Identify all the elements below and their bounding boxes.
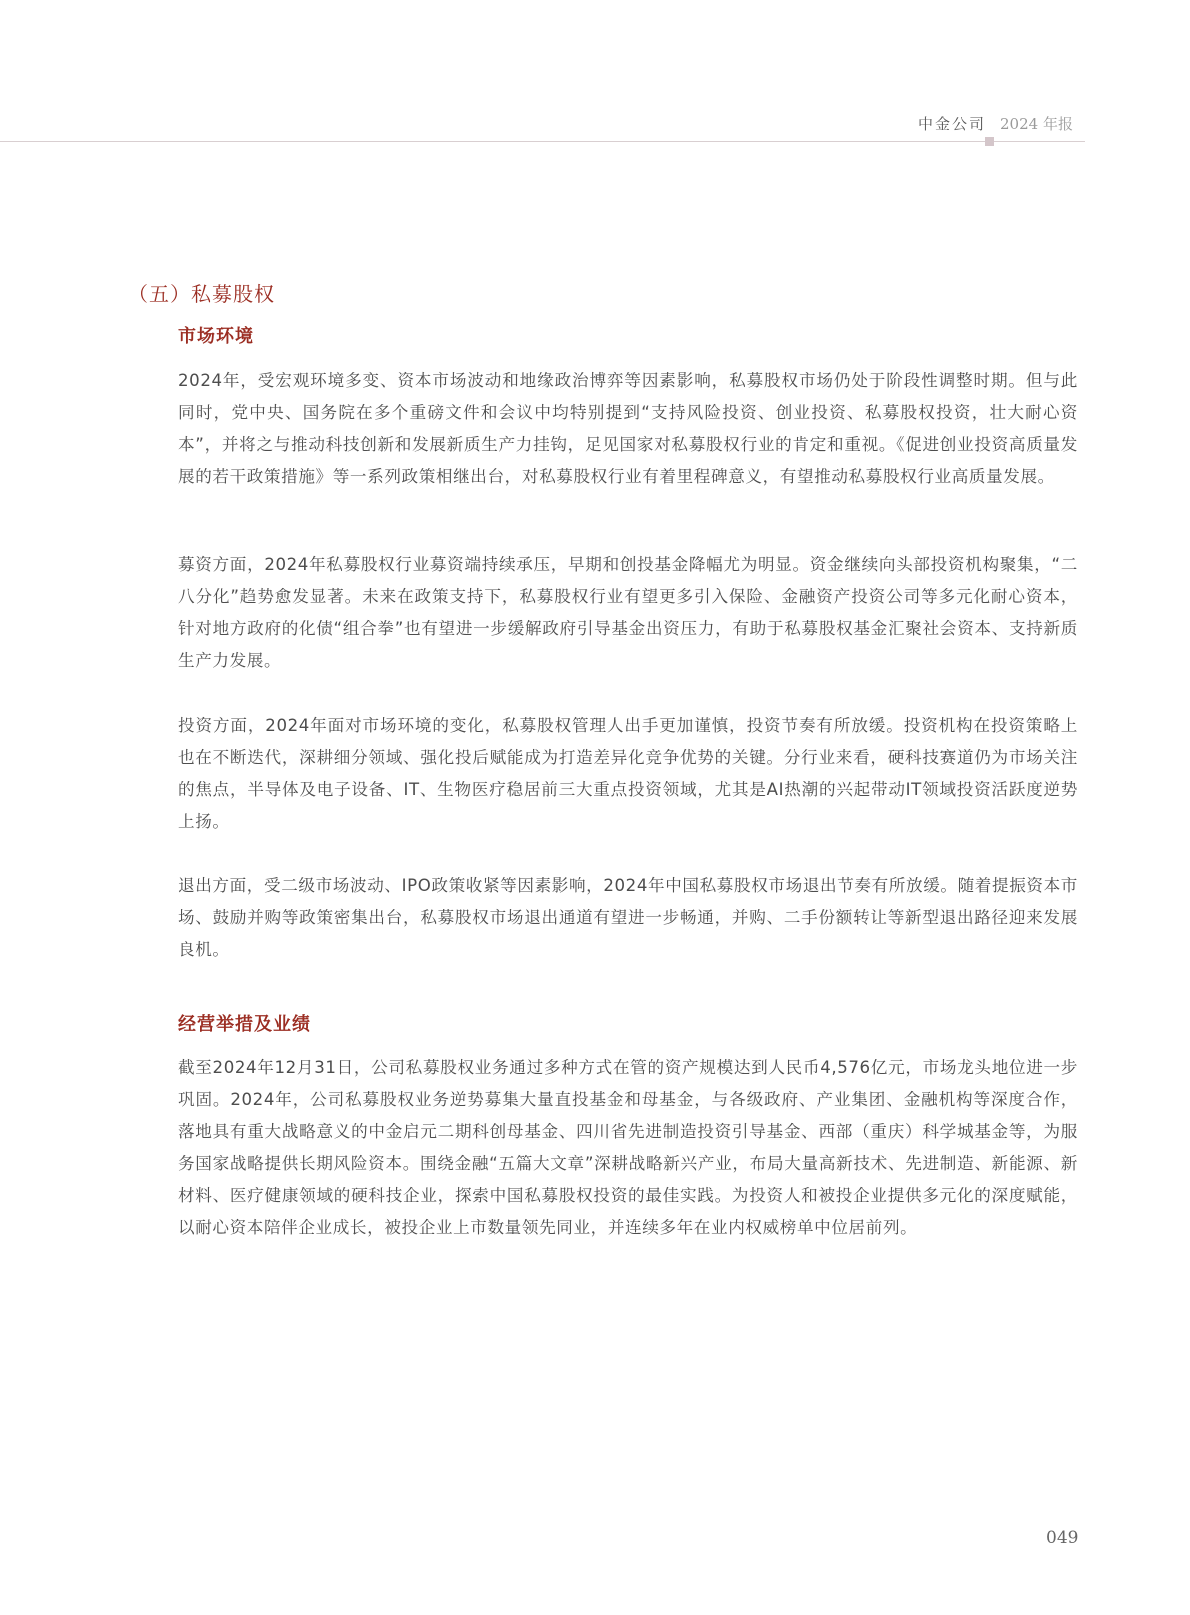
- paragraph-investment: 投资方面，2024年面对市场环境的变化，私募股权管理人出手更加谨慎，投资节奏有所…: [178, 710, 1078, 838]
- header-divider: [0, 141, 1085, 142]
- paragraph-exit: 退出方面，受二级市场波动、IPO政策收紧等因素影响，2024年中国私募股权市场退…: [178, 870, 1078, 966]
- subsection-title-market-environment: 市场环境: [178, 322, 254, 348]
- page-number: 049: [1046, 1528, 1078, 1548]
- paragraph-fundraising: 募资方面，2024年私募股权行业募资端持续承压，早期和创投基金降幅尤为明显。资金…: [178, 549, 1078, 677]
- header-report-title: 2024 年报: [1000, 115, 1073, 133]
- subsection-title-operations: 经营举措及业绩: [178, 1010, 311, 1036]
- section-title: （五）私募股权: [128, 278, 275, 307]
- header-company: 中金公司: [918, 115, 986, 133]
- paragraph-operations: 截至2024年12月31日，公司私募股权业务通过多种方式在管的资产规模达到人民币…: [178, 1052, 1078, 1244]
- paragraph-macro: 2024年，受宏观环境多变、资本市场波动和地缘政治博弈等因素影响，私募股权市场仍…: [178, 365, 1078, 493]
- header-marker: [985, 137, 994, 146]
- running-header: 中金公司2024 年报: [918, 113, 1073, 134]
